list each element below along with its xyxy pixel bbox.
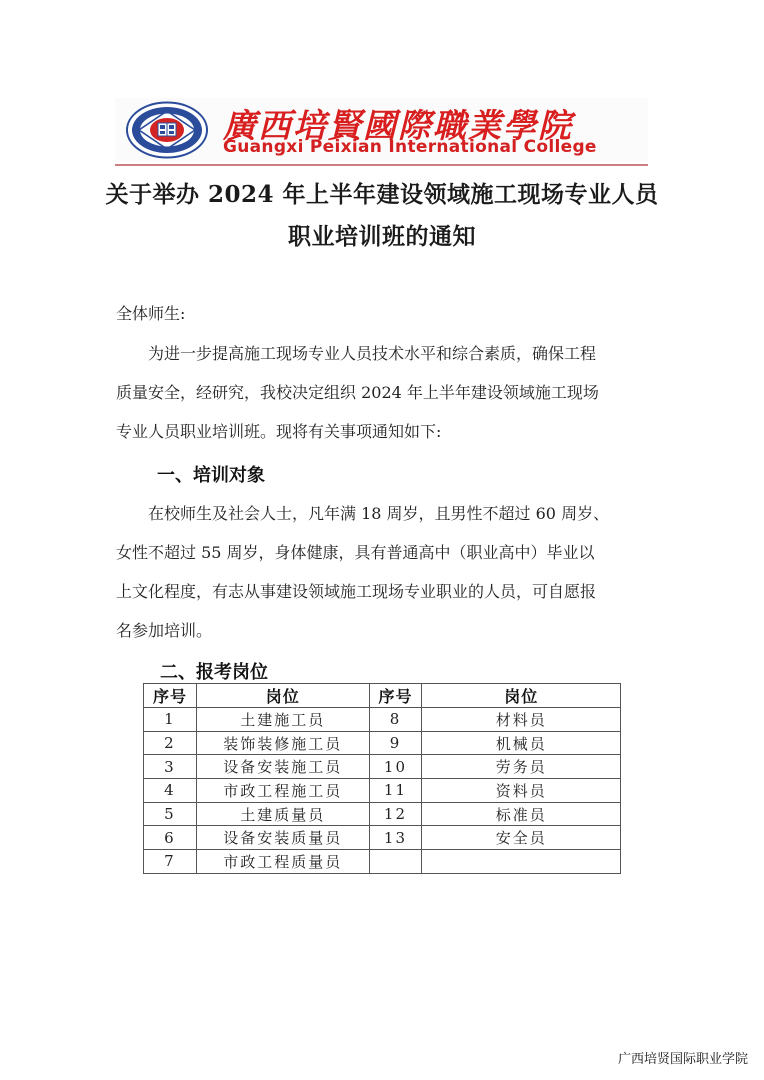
cell-position: 装饰装修施工员 [196, 731, 369, 755]
table-row: 5 土建质量员 12 标准员 [144, 802, 621, 826]
cell-position: 劳务员 [422, 755, 621, 779]
header-banner: 廣西培賢國際職業學院 Guangxi Peixian International… [115, 98, 648, 162]
cell-index: 11 [369, 779, 422, 803]
cell-position: 设备安装施工员 [196, 755, 369, 779]
intro-line-1: 为进一步提高施工现场专业人员技术水平和综合素质，确保工程 [116, 336, 648, 372]
cell-index: 4 [144, 779, 197, 803]
table-row: 2 装饰装修施工员 9 机械员 [144, 731, 621, 755]
cell-index: 7 [144, 850, 197, 874]
cell-index: 8 [369, 708, 422, 732]
section-heading-training-target: 一、培训对象 [157, 461, 265, 487]
cell-position: 机械员 [422, 731, 621, 755]
cell-index: 2 [144, 731, 197, 755]
cell-index [369, 850, 422, 874]
table-row: 1 土建施工员 8 材料员 [144, 708, 621, 732]
cell-index: 12 [369, 802, 422, 826]
cell-index: 3 [144, 755, 197, 779]
section1-line-2: 女性不超过 55 周岁，身体健康，具有普通高中（职业高中）毕业以 [116, 535, 648, 571]
header-index-1: 序号 [144, 684, 197, 708]
cell-position: 土建施工员 [196, 708, 369, 732]
cell-index: 10 [369, 755, 422, 779]
cell-index: 13 [369, 826, 422, 850]
header-position-2: 岗位 [422, 684, 621, 708]
table-row: 6 设备安装质量员 13 安全员 [144, 826, 621, 850]
cell-position: 标准员 [422, 802, 621, 826]
cell-index: 1 [144, 708, 197, 732]
positions-table: 序号 岗位 序号 岗位 1 土建施工员 8 材料员 2 装饰装修施工员 9 机械… [143, 683, 621, 874]
cell-position: 土建质量员 [196, 802, 369, 826]
document-title-line-2: 职业培训班的通知 [100, 218, 664, 251]
table-header-row: 序号 岗位 序号 岗位 [144, 684, 621, 708]
salutation: 全体师生: [116, 296, 648, 332]
section-heading-positions: 二、报考岗位 [160, 658, 268, 684]
section1-line-4: 名参加培训。 [116, 613, 648, 649]
footer-college-name: 广西培贤国际职业学院 [618, 1048, 748, 1067]
table-row: 7 市政工程质量员 [144, 850, 621, 874]
header-position-1: 岗位 [196, 684, 369, 708]
cell-index: 6 [144, 826, 197, 850]
cell-position: 市政工程施工员 [196, 779, 369, 803]
intro-line-3: 专业人员职业培训班。现将有关事项通知如下: [116, 414, 648, 450]
section1-line-3: 上文化程度，有志从事建设领域施工现场专业职业的人员，可自愿报 [116, 574, 648, 610]
cell-position: 资料员 [422, 779, 621, 803]
cell-index: 5 [144, 802, 197, 826]
cell-position: 材料员 [422, 708, 621, 732]
table-row: 4 市政工程施工员 11 资料员 [144, 779, 621, 803]
section1-line-1: 在校师生及社会人士，凡年满 18 周岁，且男性不超过 60 周岁、 [116, 496, 648, 532]
cell-position: 安全员 [422, 826, 621, 850]
school-name-english: Guangxi Peixian International College [223, 137, 597, 157]
cell-position [422, 850, 621, 874]
document-title-line-1: 关于举办 2024 年上半年建设领域施工现场专业人员 [100, 176, 664, 209]
college-logo-icon [125, 101, 209, 159]
cell-position: 设备安装质量员 [196, 826, 369, 850]
cell-index: 9 [369, 731, 422, 755]
header-divider [115, 164, 648, 166]
header-index-2: 序号 [369, 684, 422, 708]
table-row: 3 设备安装施工员 10 劳务员 [144, 755, 621, 779]
intro-line-2: 质量安全，经研究，我校决定组织 2024 年上半年建设领域施工现场 [116, 375, 648, 411]
cell-position: 市政工程质量员 [196, 850, 369, 874]
